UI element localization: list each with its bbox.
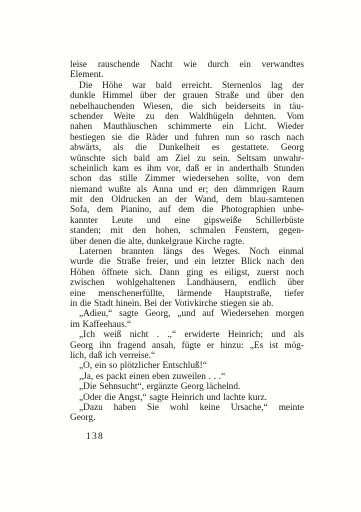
text-line: abwärts, als die Dunkelheit es gestattet… <box>70 143 304 153</box>
text-line: „Ich weiß nicht . .,“ erwiderte Heinrich… <box>70 330 304 340</box>
text-line: Sofa, dem Pianino, auf dem die Photograp… <box>70 205 304 215</box>
text-line: in die Stadt hinein. Bei der Votivkirche… <box>70 299 304 309</box>
text-line: niemand wußte als Anna und er; den dämmr… <box>70 185 304 195</box>
body-text-block: leise rauschende Nacht wie durch ein ver… <box>70 60 304 424</box>
text-line: Die Höhe war bald erreicht. Sternenlos l… <box>70 81 304 91</box>
text-line: schon das stille Zimmer wiedersehen soll… <box>70 174 304 184</box>
text-line: mit den Öldrucken an der Wand, dem blau-… <box>70 195 304 205</box>
text-line: „Ja, es packt einen eben zuweilen . . .“ <box>70 372 304 382</box>
text-line: Element. <box>70 70 304 80</box>
text-line: Georg ihn fragend ansah, fügte er hinzu:… <box>70 341 304 351</box>
text-line: im Kaffeehaus.“ <box>70 320 304 330</box>
text-line: zwischen wohlgehaltenen Landhäusern, end… <box>70 278 304 288</box>
text-line: lich, daß ich verreise.“ <box>70 351 304 361</box>
text-line: nebelhauchenden Wiesen, die sich beiders… <box>70 102 304 112</box>
text-line: wurde die Straße freier, und ein letzter… <box>70 257 304 267</box>
text-line: eine menschenerfüllte, lärmende Hauptstr… <box>70 289 304 299</box>
text-line: nahen Mauthäuschen schimmerte ein Licht.… <box>70 122 304 132</box>
text-line: „O, ein so plötzlicher Entschluß!“ <box>70 361 304 371</box>
text-line: standen; mit den hohen, schmalen Fenster… <box>70 226 304 236</box>
book-page-scan: leise rauschende Nacht wie durch ein ver… <box>0 0 361 512</box>
text-line: bestiegen sie die Räder und fuhren nun s… <box>70 133 304 143</box>
text-line: „Oder die Angst,“ sagte Heinrich und lac… <box>70 393 304 403</box>
text-line: „Dazu haben Sie wohl keine Ursache,“ mei… <box>70 403 304 413</box>
text-line: Laternen brannten längs des Weges. Noch … <box>70 247 304 257</box>
page-number: 138 <box>86 431 104 442</box>
text-line: über denen die alte, dunkelgraue Kirche … <box>70 237 304 247</box>
text-line: schender Weite zu den Waldhügeln dehnten… <box>70 112 304 122</box>
text-line: kannter Leute und eine gipsweiße Schille… <box>70 216 304 226</box>
text-line: scheinlich kam es ihm vor, daß er in and… <box>70 164 304 174</box>
text-line: „Die Sehnsucht“, ergänzte Georg lächelnd… <box>70 382 304 392</box>
text-line: leise rauschende Nacht wie durch ein ver… <box>70 60 304 70</box>
text-line: wünschte sich bald am Ziel zu sein. Selt… <box>70 154 304 164</box>
text-line: „Adieu,“ sagte Georg, „und auf Wiederseh… <box>70 309 304 319</box>
text-line: Höhen öffnete sich. Dann ging es eiligst… <box>70 268 304 278</box>
text-line: Georg. <box>70 413 304 423</box>
text-line: dunkle Himmel über der grauen Straße und… <box>70 91 304 101</box>
